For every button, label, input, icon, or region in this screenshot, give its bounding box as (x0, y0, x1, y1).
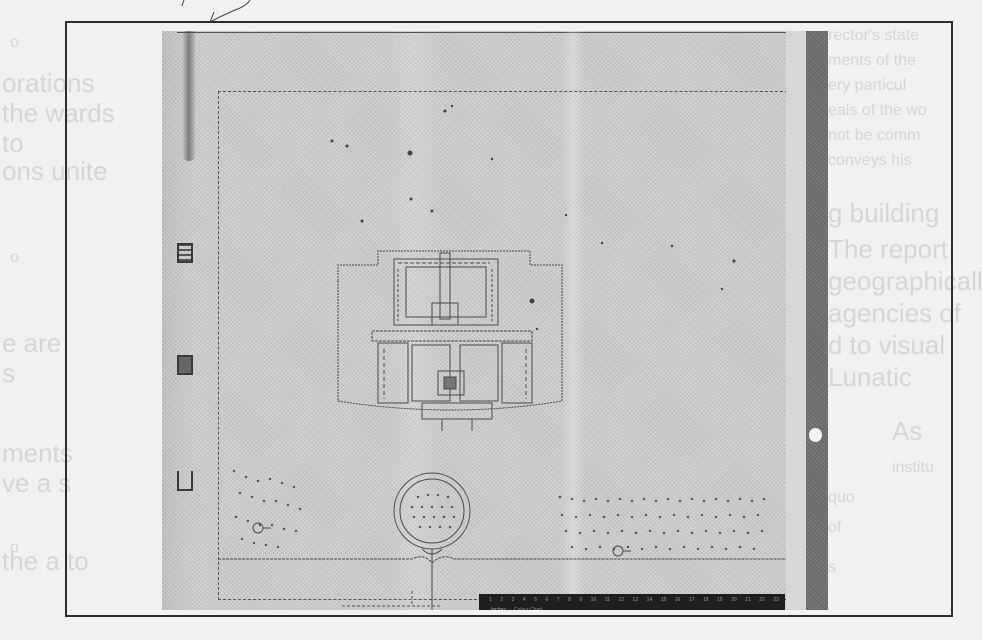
circular-garden (218, 473, 813, 610)
site-plan-photo: 1 2 3 4 5 6 7 8 9 10 11 12 13 14 15 16 1… (162, 31, 828, 610)
plan-drawing (162, 31, 828, 610)
scale-label-secondary: Colour Chart (514, 607, 542, 610)
bleed-line: ments (2, 440, 73, 466)
bleed-line: e are (2, 330, 61, 356)
binding-hole (809, 428, 822, 442)
plan-dark-edge (806, 31, 828, 610)
orchards (233, 470, 765, 550)
scale-bar: 1 2 3 4 5 6 7 8 9 10 11 12 13 14 15 16 1… (479, 594, 785, 610)
bleed-line: o (10, 35, 19, 51)
compass-marker-icon (253, 523, 631, 556)
scale-ticks: 1 2 3 4 5 6 7 8 9 10 11 12 13 14 15 16 1… (489, 597, 779, 603)
scale-label: Inches (491, 607, 506, 610)
main-building (338, 251, 562, 431)
bleed-line: ve a s (2, 470, 71, 496)
entrance-drive (342, 591, 442, 606)
bleed-line: to (2, 130, 24, 156)
north-field-trees (331, 105, 736, 330)
bleed-line: s (2, 360, 15, 386)
plan-light-margin (786, 31, 806, 610)
bleed-line: o (10, 540, 19, 556)
bleed-line: o (10, 250, 19, 266)
